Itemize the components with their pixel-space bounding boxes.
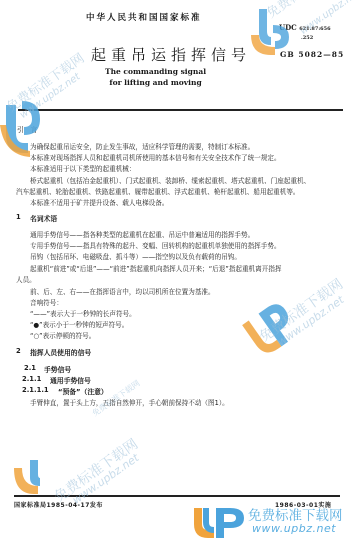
section-2-number: 2: [16, 347, 21, 355]
section-1-heading: 名词术语: [30, 213, 57, 223]
sound-symbol-short: “●”表示小于一秒钟的短声符号。: [30, 320, 128, 330]
watermark-brand-name: 免费标准下载网: [248, 504, 343, 524]
up-logo-icon: [192, 504, 247, 542]
intro-paragraph: 桥式起重机（包括冶金起重机）、门式起重机、装卸桥、缆索起重机、塔式起重机、门座起…: [30, 176, 310, 186]
up-logo-watermark-icon: [10, 460, 55, 500]
header-rule: [18, 109, 343, 111]
section-2-1-1-number: 2.1.1: [22, 375, 41, 383]
watermark-brand-url: www.upbz.net: [252, 522, 336, 535]
document-title-cn: 起重吊运指挥信号: [91, 44, 251, 65]
sound-symbol-pause: “○”表示停顿的符号。: [30, 331, 95, 341]
intro-paragraph: 为确保起重吊运安全，防止发生事故，适应科学管理的需要，特制订本标准。: [30, 142, 254, 152]
section-2-1-1-1-number: 2.1.1.1: [22, 386, 49, 394]
intro-paragraph: 本标准不适用于矿井提升设备、载人电梯设备。: [30, 198, 168, 208]
intro-paragraph: 汽车起重机、轮胎起重机、铁路起重机、履带起重机、浮式起重机、桅杆起重机、船用起重…: [16, 187, 300, 197]
section-2-1-1-1-heading: “预备”（注意）: [58, 386, 108, 396]
term-line: 音响符号：: [30, 298, 63, 308]
title-en-line2: for lifting and moving: [109, 78, 201, 87]
section-2-1-heading: 手势信号: [44, 364, 71, 374]
term-line: 人员。: [16, 275, 36, 285]
sound-symbol-long: “——”表示大于一秒钟的长声符号。: [30, 309, 136, 319]
issuer-heading: 中华人民共和国国家标准: [86, 11, 202, 23]
section-2-1-number: 2.1: [24, 364, 36, 372]
section-2-heading: 指挥人员使用的信号: [30, 347, 91, 357]
term-line: 起重机“前进”或“后退”——“前进”指起重机向指挥人员开来；“后退”指起重机离开…: [30, 264, 282, 274]
section-1-number: 1: [16, 213, 21, 221]
document-title-en: The commanding signal for lifting and mo…: [105, 66, 206, 88]
section-2-1-1-heading: 通用手势信号: [50, 375, 91, 385]
intro-paragraph: 本标准适用于以下类型的起重机械：: [30, 164, 136, 174]
intro-paragraph: 本标准对现场指挥人员和起重机司机所使用的基本信号和有关安全技术作了统一规定。: [30, 153, 281, 163]
signal-description: 手臂伸直，置于头上方，五指自然伸开，手心朝前保持不动（图1）。: [30, 398, 229, 408]
term-line: 通用手势信号——指各种类型的起重机在起重、吊运中普遍适用的指挥手势。: [30, 230, 254, 240]
term-line: 专用手势信号——指具有特殊的起升、变幅、回转机构的起重机单独使用的指挥手势。: [30, 241, 281, 251]
term-line: 吊钩（包括吊环、电磁吸盘、抓斗等）——指空钩以及负有载荷的吊钩。: [30, 252, 241, 262]
title-en-line1: The commanding signal: [105, 67, 206, 76]
term-line: 前、后、左、右——在指挥语言中，均以司机所在位置为基准。: [30, 287, 215, 297]
